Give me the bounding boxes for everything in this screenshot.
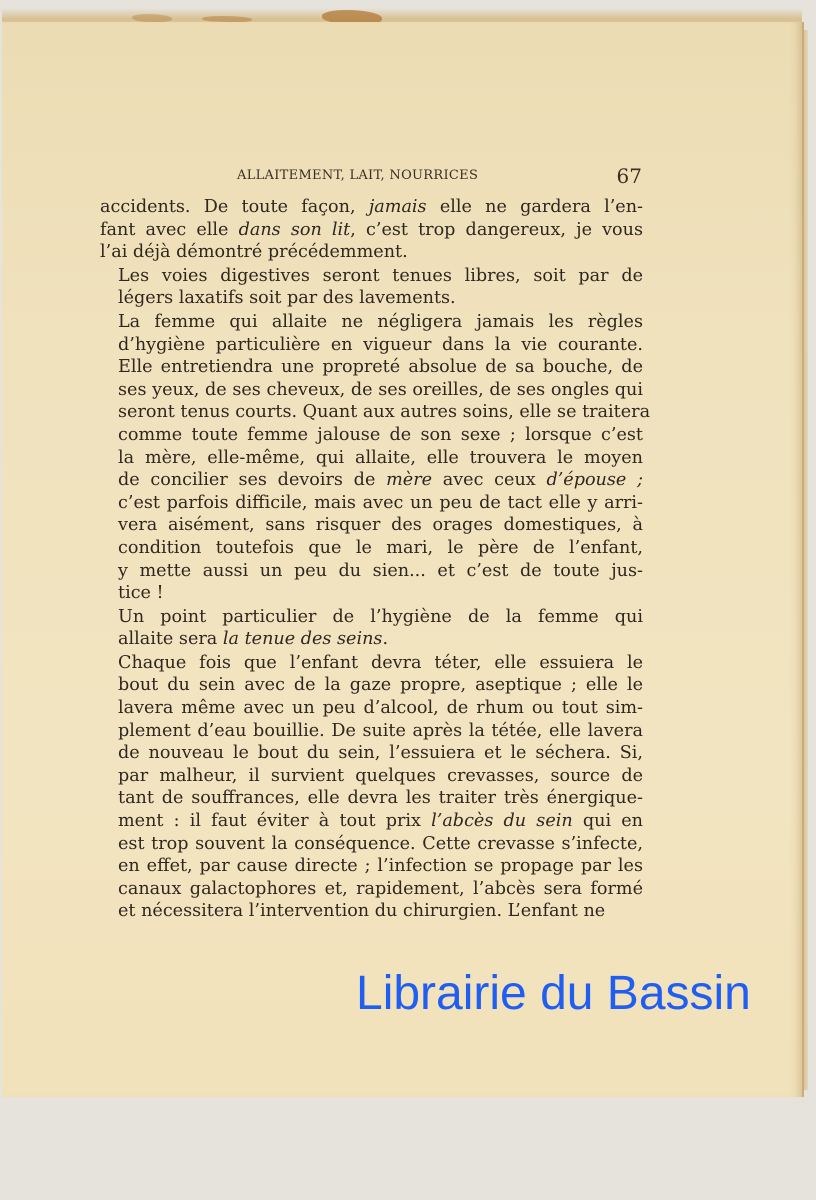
- text-line: condition toutefois que le mari, le père…: [100, 537, 643, 560]
- text-line: tice !: [100, 582, 643, 605]
- text-line: plement d’eau bouillie. De suite après l…: [100, 720, 643, 743]
- body-text: accidents. De toute façon, jamais elle n…: [100, 196, 643, 923]
- text-line: accidents. De toute façon, jamais elle n…: [100, 196, 643, 219]
- page-number: 67: [617, 164, 642, 188]
- text-line: est trop souvent la conséquence. Cette c…: [100, 833, 643, 856]
- paragraph: Un point particulier de l’hygiène de la …: [100, 606, 643, 651]
- text-line: de concilier ses devoirs de mère avec ce…: [100, 469, 643, 492]
- text-line: la mère, elle-même, qui allaite, elle tr…: [100, 447, 643, 470]
- paragraph: Les voies digestives seront tenues libre…: [100, 265, 643, 310]
- paper-tear: [132, 14, 172, 22]
- italic-text: mère: [386, 470, 432, 490]
- italic-text: jamais: [369, 197, 427, 217]
- text-line: Chaque fois que l’enfant devra téter, el…: [100, 652, 643, 675]
- text-line: et nécessitera l’intervention du chirurg…: [100, 900, 643, 923]
- paragraph: Chaque fois que l’enfant devra téter, el…: [100, 652, 643, 923]
- text-line: Les voies digestives seront tenues libre…: [100, 265, 643, 288]
- text-line: bout du sein avec de la gaze propre, ase…: [100, 674, 643, 697]
- text-line: lavera même avec un peu d’alcool, de rhu…: [100, 697, 643, 720]
- text-line: d’hygiène particulière en vigueur dans l…: [100, 334, 643, 357]
- text-line: seront tenus courts. Quant aux autres so…: [100, 401, 643, 424]
- text-line: c’est parfois difficile, mais avec un pe…: [100, 492, 643, 515]
- text-line: l’ai déjà démontré précédemment.: [100, 241, 643, 264]
- page-header: ALLAITEMENT, LAIT, NOURRICES 67: [100, 166, 645, 190]
- text-line: tant de souffrances, elle devra les trai…: [100, 787, 643, 810]
- italic-text: dans son lit: [239, 220, 351, 240]
- text-line: de nouveau le bout du sein, l’essuiera e…: [100, 742, 643, 765]
- text-line: vera aisément, sans risquer des orages d…: [100, 514, 643, 537]
- running-head: ALLAITEMENT, LAIT, NOURRICES: [237, 168, 478, 183]
- text-line: légers laxatifs soit par des lavements.: [100, 287, 643, 310]
- text-line: canaux galactophores et, rapidement, l’a…: [100, 878, 643, 901]
- italic-text: d’épouse ;: [546, 470, 643, 490]
- text-line: y mette aussi un peu du sien... et c’est…: [100, 560, 643, 583]
- text-line: ment : il faut éviter à tout prix l’abcè…: [100, 810, 643, 833]
- watermark: Librairie du Bassin: [356, 966, 751, 1021]
- italic-text: la tenue des seins: [223, 629, 383, 649]
- italic-text: l’abcès du sein: [431, 811, 573, 831]
- paragraph: La femme qui allaite ne négligera jamais…: [100, 311, 643, 605]
- text-line: ses yeux, de ses cheveux, de ses oreille…: [100, 379, 643, 402]
- text-line: allaite sera la tenue des seins.: [100, 628, 643, 651]
- text-line: fant avec elle dans son lit, c’est trop …: [100, 219, 643, 242]
- text-line: Un point particulier de l’hygiène de la …: [100, 606, 643, 629]
- paragraph: accidents. De toute façon, jamais elle n…: [100, 196, 643, 264]
- text-line: par malheur, il survient quelques crevas…: [100, 765, 643, 788]
- text-line: Elle entretiendra une propreté absolue d…: [100, 356, 643, 379]
- text-line: La femme qui allaite ne négligera jamais…: [100, 311, 643, 334]
- text-line: en effet, par cause directe ; l’infectio…: [100, 855, 643, 878]
- text-line: comme toute femme jalouse de son sexe ; …: [100, 424, 643, 447]
